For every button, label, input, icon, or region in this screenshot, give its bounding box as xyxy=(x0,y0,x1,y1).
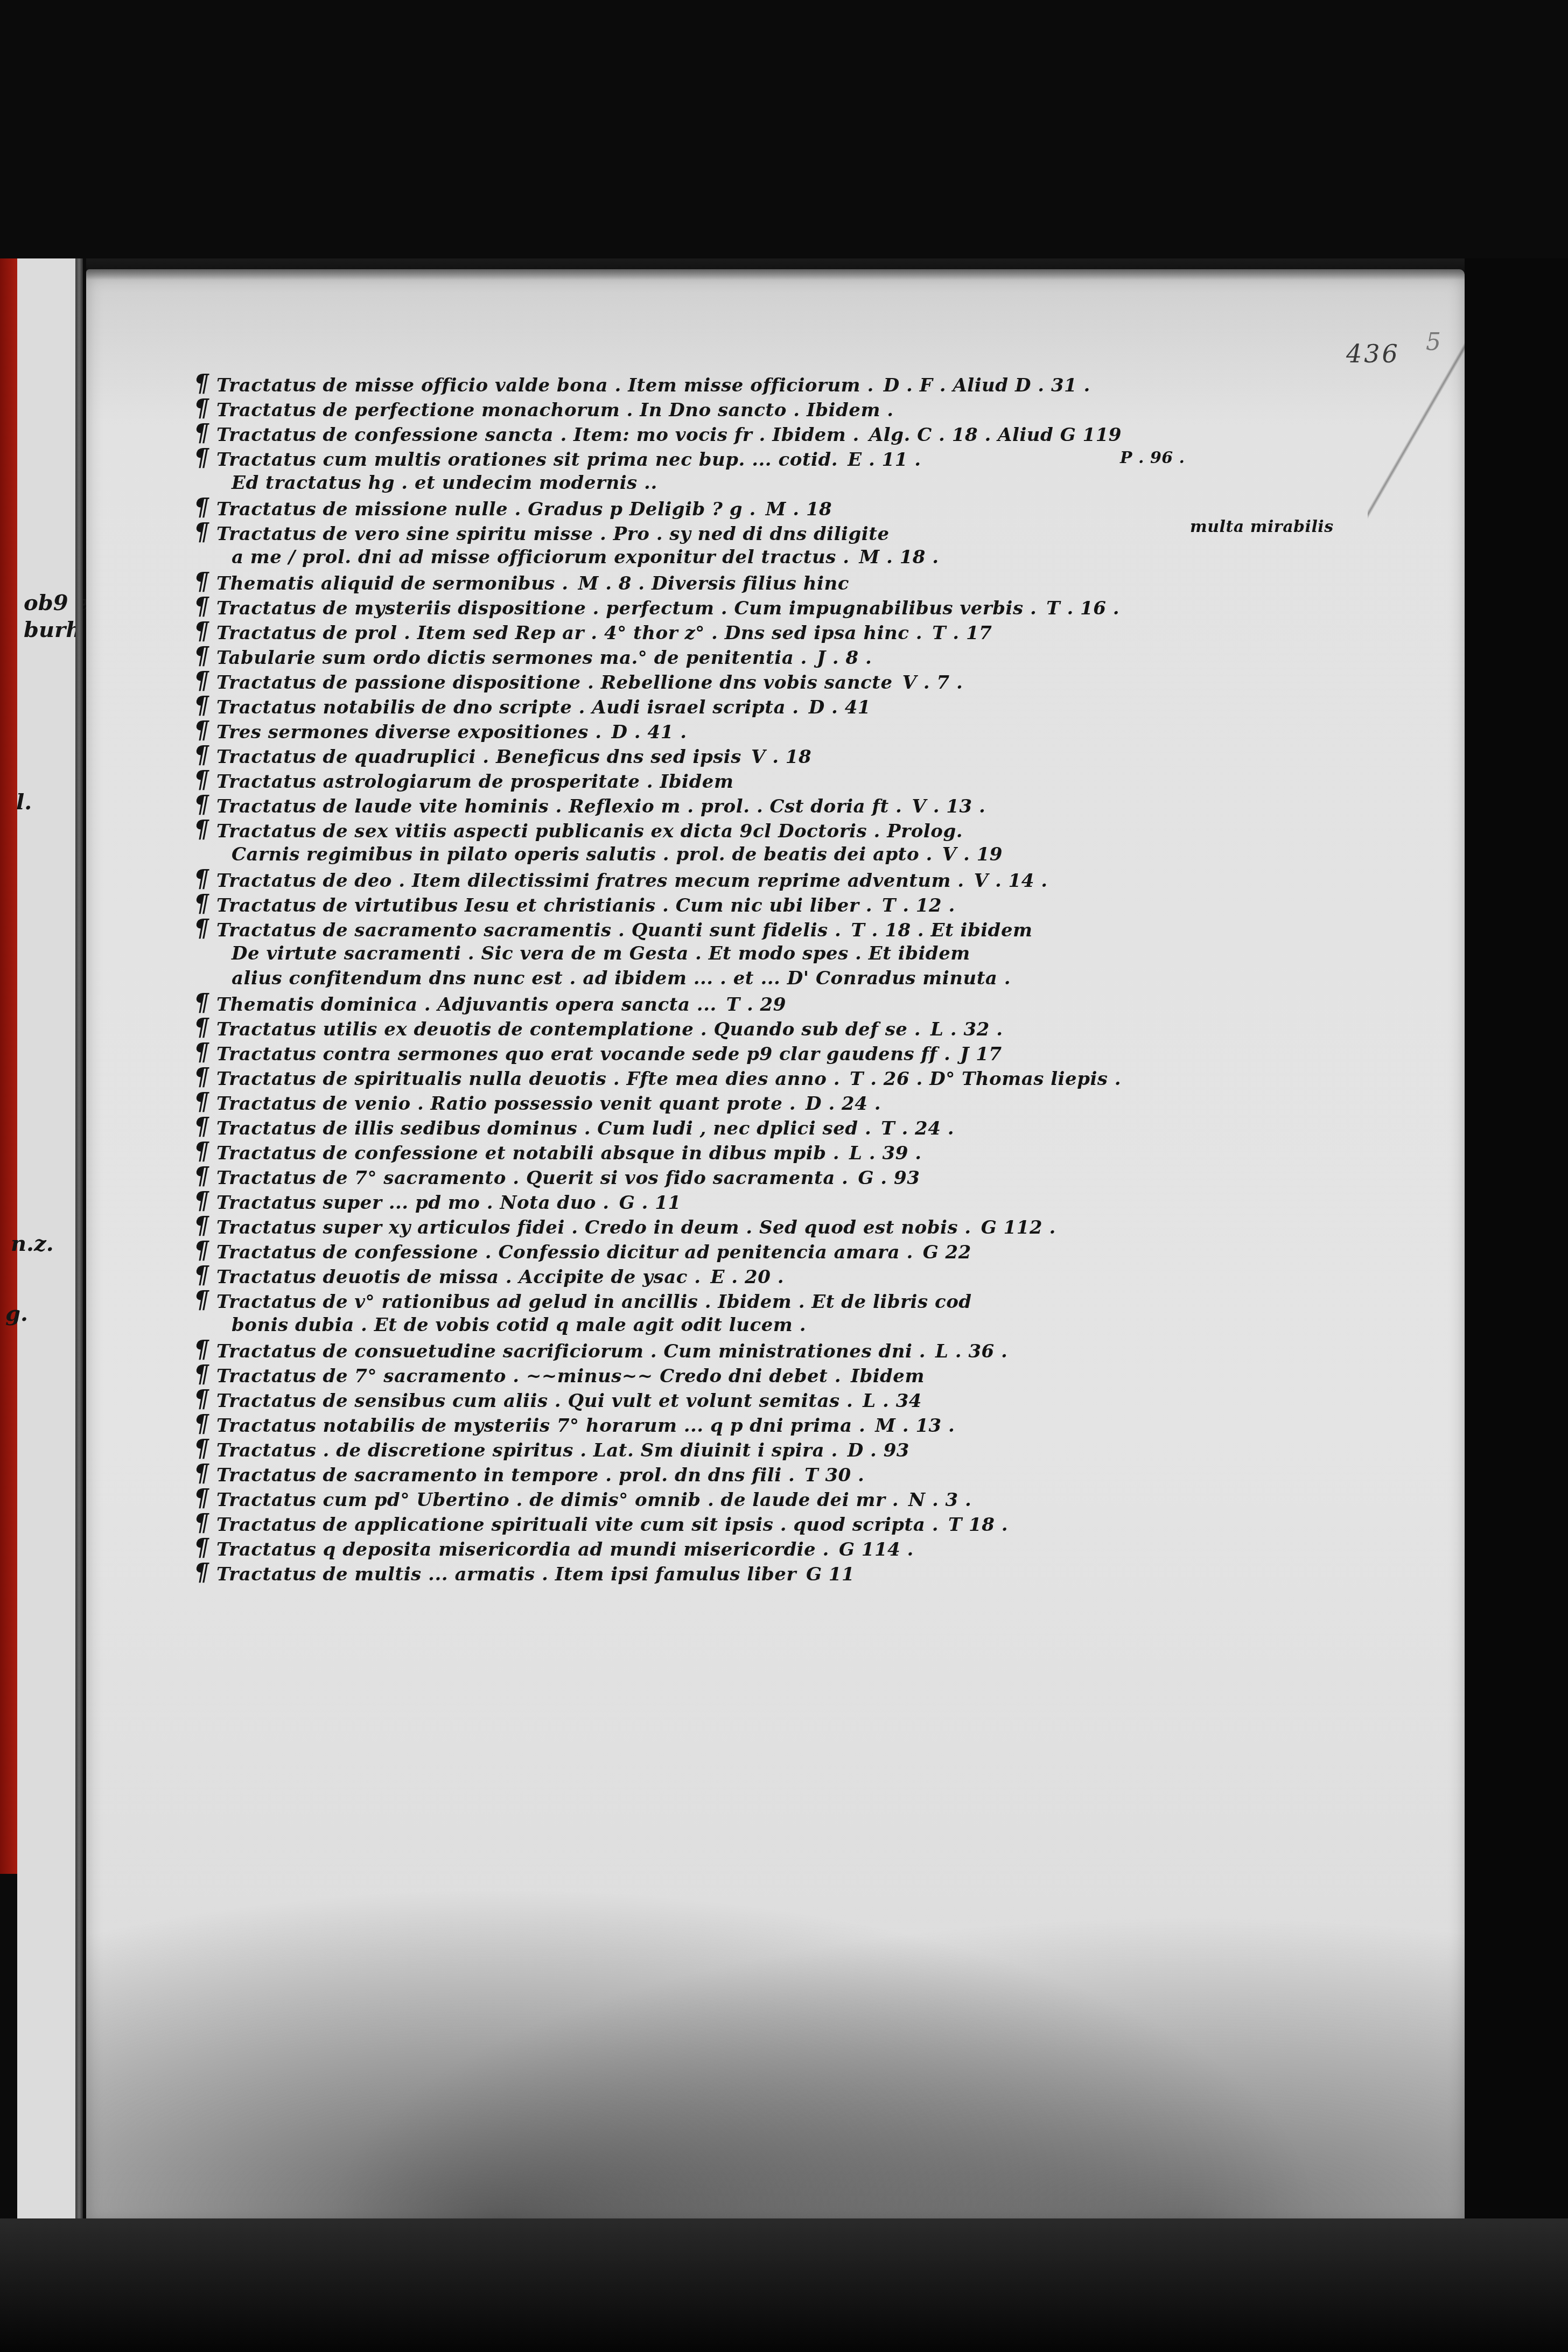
shelfmark: G 11 xyxy=(806,1564,855,1585)
catalogue-entry: ¶Tractatus de 7° sacramento . ~~minus~~ … xyxy=(194,1362,1378,1387)
catalogue-entry: ¶Thematis aliquid de sermonibus .M . 8 .… xyxy=(194,570,1378,594)
pilcrow-icon: ¶ xyxy=(194,446,216,471)
entry-text: Tractatus de spiritualis nulla deuotis .… xyxy=(216,1068,840,1090)
entry-text: Tractatus de sex vitiis aspecti publican… xyxy=(216,821,963,842)
catalogue-entry: ¶Tractatus q deposita misericordia ad mu… xyxy=(194,1536,1378,1560)
pilcrow-icon: ¶ xyxy=(194,892,216,916)
catalogue-entry: ¶Tractatus astrologiarum de prosperitate… xyxy=(194,768,1378,793)
pilcrow-icon: ¶ xyxy=(194,619,216,644)
pilcrow-icon: ¶ xyxy=(194,867,216,892)
catalogue-entry: ¶Tractatus notabilis de dno scripte . Au… xyxy=(194,694,1378,718)
entry-text: Tractatus notabilis de mysteriis 7° hora… xyxy=(216,1415,865,1437)
shelfmark: V . 19 xyxy=(942,844,1003,865)
entry-text: Tractatus de sensibus cum aliis . Qui vu… xyxy=(216,1390,853,1412)
catalogue-entry: ¶Tractatus de confessione . Confessio di… xyxy=(194,1238,1378,1263)
shelfmark: T . 24 . xyxy=(881,1118,954,1139)
pilcrow-icon: ¶ xyxy=(194,793,216,817)
entry-text: Tabularie sum ordo dictis sermones ma.° … xyxy=(216,647,807,669)
pilcrow-icon: ¶ xyxy=(194,1164,216,1189)
catalogue-entry: ¶Tractatus de illis sedibus dominus . Cu… xyxy=(194,1115,1378,1139)
shelfmark: D . F . Aliud D . 31 . xyxy=(884,375,1090,396)
catalogue-entry: ¶Tractatus de sacramento sacramentis . Q… xyxy=(194,916,1378,941)
entry-text: Tractatus . de discretione spiritus . La… xyxy=(216,1440,838,1461)
catalogue-entry: ¶Tractatus de prol . Item sed Rep ar . 4… xyxy=(194,619,1378,644)
pilcrow-icon: ¶ xyxy=(194,1338,216,1362)
entry-text: Tractatus de vero sine spiritu misse . P… xyxy=(216,523,890,545)
entry-text: Tractatus de prol . Item sed Rep ar . 4°… xyxy=(216,622,922,644)
pilcrow-icon: ¶ xyxy=(194,1139,216,1164)
entry-text: Tractatus notabilis de dno scripte . Aud… xyxy=(216,697,799,718)
shelfmark: G 112 . xyxy=(981,1217,1056,1238)
catalogue-entry: ¶Tractatus de spiritualis nulla deuotis … xyxy=(194,1065,1378,1090)
entry-text: Tractatus de confessione et notabili abs… xyxy=(216,1143,839,1164)
shelfmark: V . 14 . xyxy=(974,870,1048,892)
entry-text: Tractatus super ... pd mo . Nota duo . xyxy=(216,1192,610,1214)
entry-text: bonis dubia . Et de vobis cotid q male a… xyxy=(232,1314,806,1336)
lower-edge-stains xyxy=(86,1831,1465,2218)
pilcrow-icon: ¶ xyxy=(194,644,216,669)
catalogue-entry: ¶Tractatus utilis ex deuotis de contempl… xyxy=(194,1016,1378,1040)
entry-text: Tractatus de consuetudine sacrificiorum … xyxy=(216,1341,926,1362)
pilcrow-icon: ¶ xyxy=(194,1263,216,1288)
marginal-note: multa mirabilis xyxy=(1190,515,1334,540)
entry-text: De virtute sacramenti . Sic vera de m Ge… xyxy=(232,943,970,964)
entry-text: Thematis aliquid de sermonibus . xyxy=(216,573,569,594)
shelfmark: G . 11 xyxy=(619,1192,681,1214)
pilcrow-icon: ¶ xyxy=(194,421,216,446)
entry-text: Ed tractatus hg . et undecim modernis .. xyxy=(232,472,657,494)
shelfmark: D . 41 . xyxy=(612,722,687,743)
pilcrow-icon: ¶ xyxy=(194,1412,216,1437)
shelfmark: G 114 . xyxy=(839,1539,914,1560)
entry-text: Tres sermones diverse expositiones . xyxy=(216,722,602,743)
pilcrow-icon: ¶ xyxy=(194,916,216,941)
catalogue-entry: ¶Tractatus de laude vite hominis . Refle… xyxy=(194,793,1378,817)
shelfmark: M . 8 . Diversis filius hinc xyxy=(578,573,849,594)
pilcrow-icon: ¶ xyxy=(194,743,216,768)
background-bottom xyxy=(0,2218,1568,2352)
shelfmark: N . 3 . xyxy=(908,1489,971,1511)
shelfmark: V . 13 . xyxy=(912,796,985,817)
left-margin-fragment: g. xyxy=(5,1303,28,1325)
pilcrow-icon: ¶ xyxy=(194,372,216,396)
entry-text: Tractatus de virtutibus Iesu et christia… xyxy=(216,895,872,916)
pilcrow-icon: ¶ xyxy=(194,1238,216,1263)
shelfmark: T 18 . xyxy=(948,1514,1008,1536)
catalogue-entry: a me / prol. dni ad misse officiorum exp… xyxy=(194,545,1378,570)
entry-text: Tractatus de quadruplici . Beneficus dns… xyxy=(216,746,741,768)
entry-text: Tractatus de mysteriis dispositione . pe… xyxy=(216,598,1037,619)
shelfmark: T 30 . xyxy=(804,1465,864,1486)
entry-text: Tractatus de laude vite hominis . Reflex… xyxy=(216,796,902,817)
shelfmark: J 17 xyxy=(960,1044,1002,1065)
catalogue-entry: ¶Tractatus cum multis orationes sit prim… xyxy=(194,446,1378,471)
shelfmark: V . 18 xyxy=(751,746,811,768)
catalogue-entry: De virtute sacramenti . Sic vera de m Ge… xyxy=(194,941,1378,966)
gutter-line xyxy=(75,258,83,2251)
catalogue-entry: ¶Tractatus de confessione sancta . Item:… xyxy=(194,421,1378,446)
entry-text: Tractatus de v° rationibus ad gelud in a… xyxy=(216,1291,972,1313)
pilcrow-icon: ¶ xyxy=(194,495,216,520)
catalogue-entry: ¶Tractatus de sacramento in tempore . pr… xyxy=(194,1461,1378,1486)
pilcrow-icon: ¶ xyxy=(194,1560,216,1585)
catalogue-entry: bonis dubia . Et de vobis cotid q male a… xyxy=(194,1313,1378,1338)
catalogue-entry: ¶Tractatus de mysteriis dispositione . p… xyxy=(194,594,1378,619)
catalogue-entry: ¶Tractatus de quadruplici . Beneficus dn… xyxy=(194,743,1378,768)
pilcrow-icon: ¶ xyxy=(194,1115,216,1139)
entry-text: Tractatus utilis ex deuotis de contempla… xyxy=(216,1019,921,1040)
shelfmark: J . 8 . xyxy=(817,647,872,669)
pilcrow-icon: ¶ xyxy=(194,594,216,619)
entry-text: Tractatus super xy articulos fidei . Cre… xyxy=(216,1217,971,1238)
left-margin-fragment: burh xyxy=(24,619,81,641)
entry-text: Tractatus de 7° sacramento . Querit si v… xyxy=(216,1167,848,1189)
entry-text: Tractatus deuotis de missa . Accipite de… xyxy=(216,1266,701,1288)
entry-text: Tractatus cum multis orationes sit prima… xyxy=(216,449,838,471)
pilcrow-icon: ¶ xyxy=(194,1461,216,1486)
pilcrow-icon: ¶ xyxy=(194,1437,216,1461)
pilcrow-icon: ¶ xyxy=(194,669,216,694)
pilcrow-icon: ¶ xyxy=(194,1486,216,1511)
side-shelfmark: P . 96 . xyxy=(1120,446,1185,471)
entry-text: a me / prol. dni ad misse officiorum exp… xyxy=(232,547,850,568)
catalogue-entry: ¶Tractatus de multis ... armatis . Item … xyxy=(194,1560,1378,1585)
catalogue-entries: ¶Tractatus de misse officio valde bona .… xyxy=(194,372,1378,1585)
left-margin-fragment: n.z. xyxy=(11,1233,54,1255)
pilcrow-icon: ¶ xyxy=(194,520,216,545)
catalogue-entry: ¶Tractatus super ... pd mo . Nota duo .G… xyxy=(194,1189,1378,1214)
entry-text: Tractatus de applicatione spirituali vit… xyxy=(216,1514,939,1536)
entry-text: Tractatus de illis sedibus dominus . Cum… xyxy=(216,1118,871,1139)
pilcrow-icon: ¶ xyxy=(194,718,216,743)
shelfmark: L . 34 xyxy=(863,1390,922,1412)
shelfmark: E . 20 . xyxy=(711,1266,784,1288)
catalogue-entry: ¶Tractatus de virtutibus Iesu et christi… xyxy=(194,892,1378,916)
entry-text: Tractatus de confessione . Confessio dic… xyxy=(216,1242,913,1263)
catalogue-entry: alius confitendum dns nunc est . ad ibid… xyxy=(194,966,1378,991)
shelfmark: E . 11 . xyxy=(848,449,921,471)
entry-text: Tractatus de confessione sancta . Item: … xyxy=(216,424,859,446)
shelfmark: Ibidem xyxy=(851,1366,925,1387)
corner-fold xyxy=(1368,280,1465,582)
left-margin-fragment: l. xyxy=(16,792,32,813)
shelfmark: T . 29 xyxy=(726,994,786,1016)
background-right xyxy=(1465,258,1568,2352)
shelfmark: T . 26 . D° Thomas liepis . xyxy=(850,1068,1121,1090)
entry-text: Tractatus de sacramento sacramentis . Qu… xyxy=(216,920,841,941)
catalogue-entry: ¶Tractatus de passione dispositione . Re… xyxy=(194,669,1378,694)
catalogue-entry: ¶Tres sermones diverse expositiones .D .… xyxy=(194,718,1378,743)
catalogue-entry: Ed tractatus hg . et undecim modernis .. xyxy=(194,471,1378,495)
catalogue-entry: ¶Tractatus de vero sine spiritu misse . … xyxy=(194,520,1378,545)
pilcrow-icon: ¶ xyxy=(194,570,216,594)
catalogue-entry: ¶Tractatus de 7° sacramento . Querit si … xyxy=(194,1164,1378,1189)
catalogue-entry: Carnis regimibus in pilato operis saluti… xyxy=(194,842,1378,867)
entry-text: Tractatus astrologiarum de prosperitate … xyxy=(216,771,733,793)
entry-text: Tractatus de missione nulle . Gradus p D… xyxy=(216,499,756,520)
corner-mark: 5 xyxy=(1426,328,1441,356)
catalogue-entry: ¶Tractatus de applicatione spirituali vi… xyxy=(194,1511,1378,1536)
shelfmark: G 22 xyxy=(923,1242,971,1263)
entry-text: Tractatus contra sermones quo erat vocan… xyxy=(216,1044,950,1065)
pilcrow-icon: ¶ xyxy=(194,1362,216,1387)
shelfmark: L . 32 . xyxy=(930,1019,1003,1040)
entry-text: Tractatus cum pd° Ubertino . de dimis° o… xyxy=(216,1489,899,1511)
catalogue-entry: ¶Tractatus de sex vitiis aspecti publica… xyxy=(194,817,1378,842)
pilcrow-icon: ¶ xyxy=(194,396,216,421)
shelfmark: T . 18 . Et ibidem xyxy=(851,920,1032,941)
shelfmark: D . 41 xyxy=(809,697,871,718)
catalogue-entry: ¶Tractatus deuotis de missa . Accipite d… xyxy=(194,1263,1378,1288)
entry-text: Tractatus q deposita misericordia ad mun… xyxy=(216,1539,829,1560)
shelfmark: M . 13 . xyxy=(875,1415,955,1437)
catalogue-entry: ¶Tractatus de v° rationibus ad gelud in … xyxy=(194,1288,1378,1313)
shelfmark: G . 93 xyxy=(858,1167,920,1189)
page-top-shadow xyxy=(86,258,1465,280)
pilcrow-icon: ¶ xyxy=(194,1511,216,1536)
catalogue-entry: ¶Tabularie sum ordo dictis sermones ma.°… xyxy=(194,644,1378,669)
folio-number: 436 xyxy=(1346,339,1400,368)
catalogue-entry: ¶Thematis dominica . Adjuvantis opera sa… xyxy=(194,991,1378,1016)
catalogue-entry: ¶Tractatus de consuetudine sacrificiorum… xyxy=(194,1338,1378,1362)
shelfmark: L . 39 . xyxy=(849,1143,921,1164)
shelfmark: V . 7 . xyxy=(902,672,963,694)
shelfmark: T . 17 xyxy=(932,622,992,644)
catalogue-entry: ¶Tractatus de sensibus cum aliis . Qui v… xyxy=(194,1387,1378,1412)
entry-text: Tractatus de venio . Ratio possessio ven… xyxy=(216,1093,796,1115)
catalogue-entry: ¶Tractatus cum pd° Ubertino . de dimis° … xyxy=(194,1486,1378,1511)
pilcrow-icon: ¶ xyxy=(194,768,216,793)
entry-text: Thematis dominica . Adjuvantis opera san… xyxy=(216,994,717,1016)
pilcrow-icon: ¶ xyxy=(194,1040,216,1065)
entry-text: Tractatus de sacramento in tempore . pro… xyxy=(216,1465,795,1486)
pilcrow-icon: ¶ xyxy=(194,1214,216,1238)
pilcrow-icon: ¶ xyxy=(194,991,216,1016)
shelfmark: M . 18 xyxy=(766,499,832,520)
pilcrow-icon: ¶ xyxy=(194,817,216,842)
pilcrow-icon: ¶ xyxy=(194,1387,216,1412)
catalogue-entry: ¶Tractatus . de discretione spiritus . L… xyxy=(194,1437,1378,1461)
pilcrow-icon: ¶ xyxy=(194,1016,216,1040)
catalogue-entry: ¶Tractatus de confessione et notabili ab… xyxy=(194,1139,1378,1164)
catalogue-entry: ¶Tractatus de deo . Item dilectissimi fr… xyxy=(194,867,1378,892)
shelfmark: L . 36 . xyxy=(935,1341,1007,1362)
catalogue-entry: ¶Tractatus contra sermones quo erat voca… xyxy=(194,1040,1378,1065)
pilcrow-icon: ¶ xyxy=(194,1090,216,1115)
catalogue-entry: ¶Tractatus notabilis de mysteriis 7° hor… xyxy=(194,1412,1378,1437)
shelfmark: M . 18 . xyxy=(859,547,939,568)
shelfmark: D . 24 . xyxy=(806,1093,881,1115)
entry-text: Carnis regimibus in pilato operis saluti… xyxy=(232,844,933,865)
shelfmark: D . 93 xyxy=(848,1440,909,1461)
entry-text: Tractatus de passione dispositione . Reb… xyxy=(216,672,893,694)
shelfmark: T . 12 . xyxy=(882,895,955,916)
catalogue-entry: ¶Tractatus de misse officio valde bona .… xyxy=(194,372,1378,396)
entry-text: Tractatus de multis ... armatis . Item i… xyxy=(216,1564,796,1585)
pilcrow-icon: ¶ xyxy=(194,1065,216,1090)
entry-text: Tractatus de misse officio valde bona . … xyxy=(216,375,874,396)
shelfmark: Alg. C . 18 . Aliud G 119 xyxy=(869,424,1122,446)
pilcrow-icon: ¶ xyxy=(194,694,216,718)
entry-text: alius confitendum dns nunc est . ad ibid… xyxy=(232,968,1011,989)
entry-text: Tractatus de deo . Item dilectissimi fra… xyxy=(216,870,964,892)
catalogue-entry: ¶Tractatus de venio . Ratio possessio ve… xyxy=(194,1090,1378,1115)
catalogue-entry: ¶Tractatus de perfectione monachorum . I… xyxy=(194,396,1378,421)
catalogue-entry: ¶Tractatus super xy articulos fidei . Cr… xyxy=(194,1214,1378,1238)
entry-text: Tractatus de 7° sacramento . ~~minus~~ C… xyxy=(216,1366,841,1387)
binding-red-edge xyxy=(0,258,17,1874)
pilcrow-icon: ¶ xyxy=(194,1536,216,1560)
entry-text: Tractatus de perfectione monachorum . In… xyxy=(216,400,894,421)
shelfmark: T . 16 . xyxy=(1046,598,1119,619)
pilcrow-icon: ¶ xyxy=(194,1288,216,1313)
pilcrow-icon: ¶ xyxy=(194,1189,216,1214)
